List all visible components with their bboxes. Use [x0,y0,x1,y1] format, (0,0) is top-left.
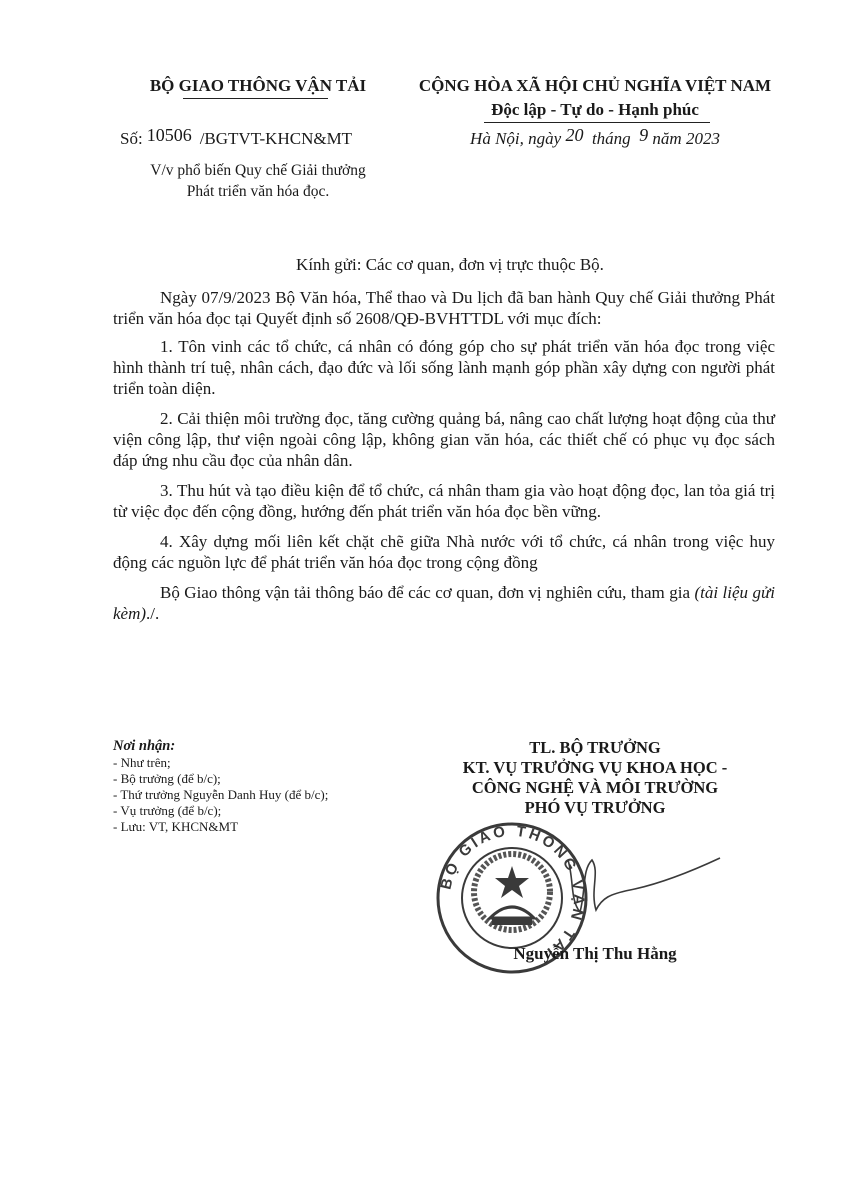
issue-date: Hà Nội, ngày 20 tháng 9 năm 2023 [410,128,780,149]
signer-name: Nguyễn Thị Thu Hằng [410,944,780,964]
date-day: 20 [565,125,583,145]
closing-paragraph: Bộ Giao thông vận tải thông báo để các c… [113,582,775,624]
recipient-item: - Thứ trưởng Nguyễn Danh Huy (để b/c); [113,787,413,803]
document-number-label: Số: [120,129,143,148]
purpose-item-4: 4. Xây dựng mối liên kết chặt chẽ giữa N… [113,531,775,573]
recipient-item: - Vụ trưởng (để b/c); [113,803,413,819]
purpose-item-1: 1. Tôn vinh các tổ chức, cá nhân có đóng… [113,336,775,399]
document-subject: V/v phổ biến Quy chế Giải thưởng Phát tr… [108,160,408,202]
signature-title-line: TL. BỘ TRƯỞNG [410,738,780,758]
recipient-item: - Bộ trưởng (để b/c); [113,771,413,787]
document-body: Ngày 07/9/2023 Bộ Văn hóa, Thể thao và D… [113,287,775,633]
signature-block: TL. BỘ TRƯỞNG KT. VỤ TRƯỞNG VỤ KHOA HỌC … [410,738,780,818]
date-month: 9 [639,125,648,145]
date-prefix: Hà Nội, ngày [470,129,561,148]
closing-text: Bộ Giao thông vận tải thông báo để các c… [160,583,690,602]
organization-underline [183,98,328,99]
signature-title-line: KT. VỤ TRƯỞNG VỤ KHOA HỌC - [410,758,780,778]
document-code: /BGTVT-KHCN&MT [200,129,352,148]
recipients-heading: Nơi nhận: [113,738,413,754]
subject-line: Phát triển văn hóa đọc. [108,181,408,202]
date-month-label: tháng [592,129,631,148]
document-number: Số:10506/BGTVT-KHCN&MT [120,128,352,149]
national-title: CỘNG HÒA XÃ HỘI CHỦ NGHĨA VIỆT NAM [410,76,780,96]
motto-underline [484,122,710,123]
subject-line: V/v phổ biến Quy chế Giải thưởng [108,160,408,181]
signature-title-line: PHÓ VỤ TRƯỞNG [410,798,780,818]
closing-end: ./. [146,604,159,623]
purpose-item-3: 3. Thu hút và tạo điều kiện để tổ chức, … [113,480,775,522]
greeting: Kính gửi: Các cơ quan, đơn vị trực thuộc… [110,255,790,275]
recipients-list: Nơi nhận: - Như trên; - Bộ trưởng (để b/… [113,738,413,835]
issuing-organization: BỘ GIAO THÔNG VẬN TẢI [108,76,408,96]
intro-paragraph: Ngày 07/9/2023 Bộ Văn hóa, Thể thao và D… [113,287,775,329]
national-motto: Độc lập - Tự do - Hạnh phúc [410,100,780,120]
handwritten-signature-icon [560,850,730,920]
purpose-item-2: 2. Cải thiện môi trường đọc, tăng cường … [113,408,775,471]
document-number-value: 10506 [147,125,192,145]
recipient-item: - Lưu: VT, KHCN&MT [113,819,413,835]
signature-title-line: CÔNG NGHỆ VÀ MÔI TRƯỜNG [410,778,780,798]
date-year: năm 2023 [652,129,720,148]
recipient-item: - Như trên; [113,755,413,771]
